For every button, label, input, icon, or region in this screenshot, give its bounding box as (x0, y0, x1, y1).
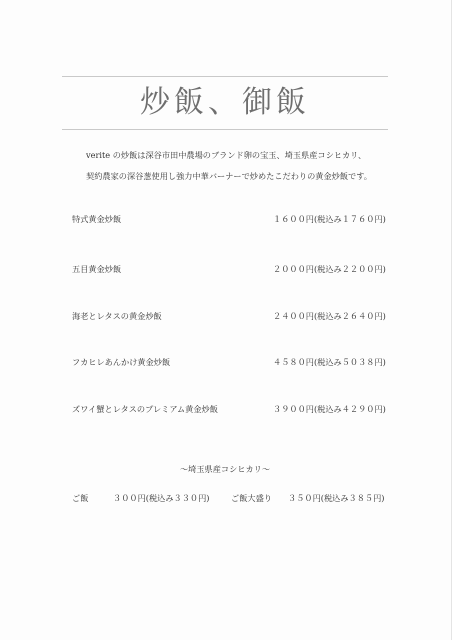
menu-item-name: 海老とレタスの黄金炒飯 (72, 310, 162, 322)
menu-item-price: ２０００円(税込み２２００円) (273, 263, 386, 275)
menu-item-price: １６００円(税込み１７６０円) (273, 213, 386, 225)
intro-line-1: verite の炒飯は深谷市田中農場のブランド卵の宝玉、埼玉県産コシヒカリ、 (86, 149, 366, 161)
menu-item-name: 特式黄金炒飯 (72, 213, 121, 225)
menu-item: 五目黄金炒飯 ２０００円(税込み２２００円) (72, 263, 384, 275)
menu-item: フカヒレあんかけ黄金炒飯 ４５８０円(税込み５０３８円) (72, 356, 384, 368)
menu-item: 特式黄金炒飯 １６００円(税込み１７６０円) (72, 213, 384, 225)
menu-item-price: ２４００円(税込み２６４０円) (273, 310, 386, 322)
menu-item-name: フカヒレあんかけ黄金炒飯 (72, 356, 170, 368)
page-title: 炒飯、御飯 (62, 84, 388, 122)
menu-item: ズワイ蟹とレタスのプレミアム黄金炒飯 ３９００円(税込み４２９０円) (72, 403, 384, 415)
menu-item-price: ３９００円(税込み４２９０円) (273, 403, 386, 415)
rice-item-name: ご飯 (72, 492, 88, 504)
title-top-divider (62, 76, 388, 77)
menu-item-name: 五目黄金炒飯 (72, 263, 121, 275)
menu-item-price: ４５８０円(税込み５０３８円) (273, 356, 386, 368)
rice-item-price: ３５０円(税込み３８５円) (288, 492, 384, 504)
rice-section-heading: 〜埼玉県産コシヒカリ〜 (62, 463, 388, 475)
rice-item-price: ３００円(税込み３３０円) (113, 492, 209, 504)
rice-item-name: ご飯大盛り (231, 492, 272, 504)
menu-item-name: ズワイ蟹とレタスのプレミアム黄金炒飯 (72, 403, 218, 415)
intro-line-2: 契約農家の深谷葱使用し強力中華バーナーで炒めたこだわりの黄金炒飯です。 (86, 170, 372, 182)
title-bottom-divider (62, 129, 388, 130)
menu-item: 海老とレタスの黄金炒飯 ２４００円(税込み２６４０円) (72, 310, 384, 322)
